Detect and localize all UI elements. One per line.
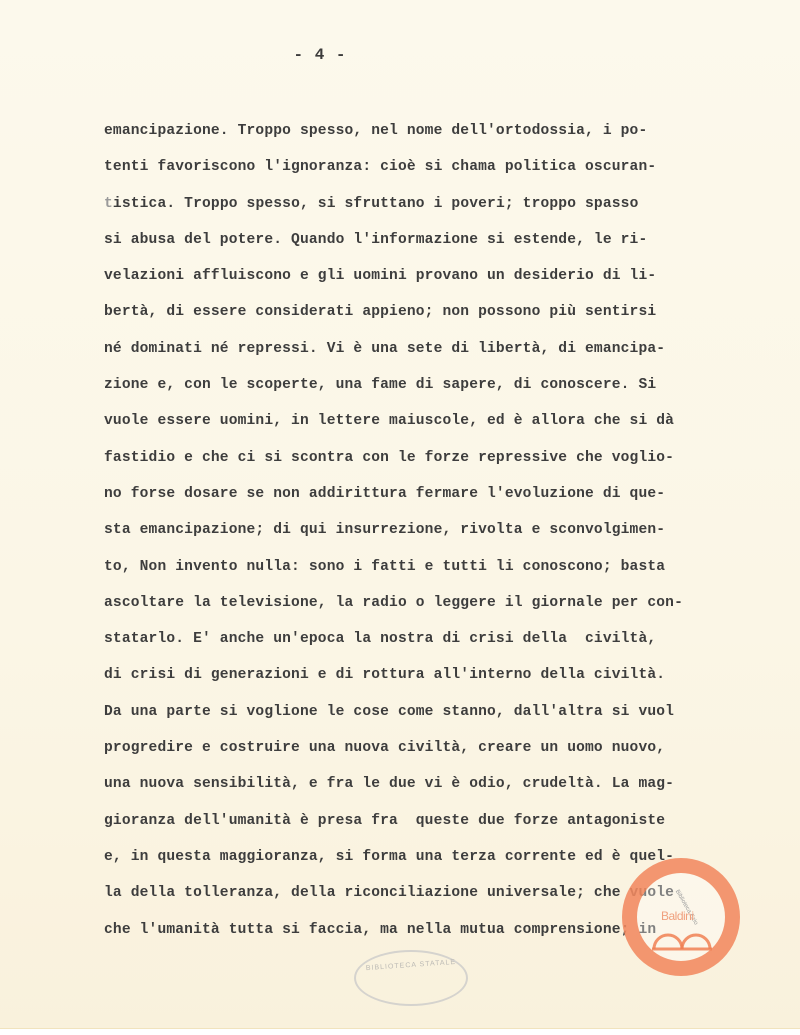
library-stamp: BIBLIOTECA STATALE bbox=[354, 950, 468, 1006]
text-line: zione e, con le scoperte, una fame di sa… bbox=[104, 371, 724, 407]
text-line: to, Non invento nulla: sono i fatti e tu… bbox=[104, 553, 724, 589]
typewritten-body: emancipazione. Troppo spesso, nel nome d… bbox=[104, 117, 724, 952]
text-line: gioranza dell'umanità è presa fra queste… bbox=[104, 807, 724, 843]
text-line: progredire e costruire una nuova civiltà… bbox=[104, 734, 724, 770]
text-line: sta emancipazione; di qui insurrezione, … bbox=[104, 516, 724, 552]
text-line: tenti favoriscono l'ignoranza: cioè si c… bbox=[104, 153, 724, 189]
text-line: statarlo. E' anche un'epoca la nostra di… bbox=[104, 625, 724, 661]
text-line: fastidio e che ci si scontra con le forz… bbox=[104, 444, 724, 480]
text-line: né dominati né repressi. Vi è una sete d… bbox=[104, 335, 724, 371]
text-line: vuole essere uomini, in lettere maiuscol… bbox=[104, 407, 724, 443]
text-line: una nuova sensibilità, e fra le due vi è… bbox=[104, 770, 724, 806]
library-stamp-text: BIBLIOTECA STATALE bbox=[356, 958, 466, 973]
logo-name: Baldini bbox=[661, 909, 694, 923]
scan-bottom-edge bbox=[0, 1028, 800, 1035]
text-line: si abusa del potere. Quando l'informazio… bbox=[104, 226, 724, 262]
text-line: e, in questa maggioranza, si forma una t… bbox=[104, 843, 724, 879]
text-line: ascoltare la televisione, la radio o leg… bbox=[104, 589, 724, 625]
text-line: Da una parte si voglione le cose come st… bbox=[104, 698, 724, 734]
text-line: no forse dosare se non addirittura ferma… bbox=[104, 480, 724, 516]
text-line: di crisi di generazioni e di rottura all… bbox=[104, 661, 724, 697]
text-line: bertà, di essere considerati appieno; no… bbox=[104, 298, 724, 334]
text-line: emancipazione. Troppo spesso, nel nome d… bbox=[104, 117, 724, 153]
double-arch-logo-icon bbox=[651, 927, 713, 953]
document-page: - 4 - emancipazione. Troppo spesso, nel … bbox=[0, 0, 800, 1035]
text-line: velazioni affluiscono e gli uomini prova… bbox=[104, 262, 724, 298]
text-line: tistica. Troppo spesso, si sfruttano i p… bbox=[104, 190, 724, 226]
baldini-logo-stamp: Biblioteca Ezio Baldini bbox=[622, 858, 740, 976]
page-number: - 4 - bbox=[0, 46, 640, 64]
